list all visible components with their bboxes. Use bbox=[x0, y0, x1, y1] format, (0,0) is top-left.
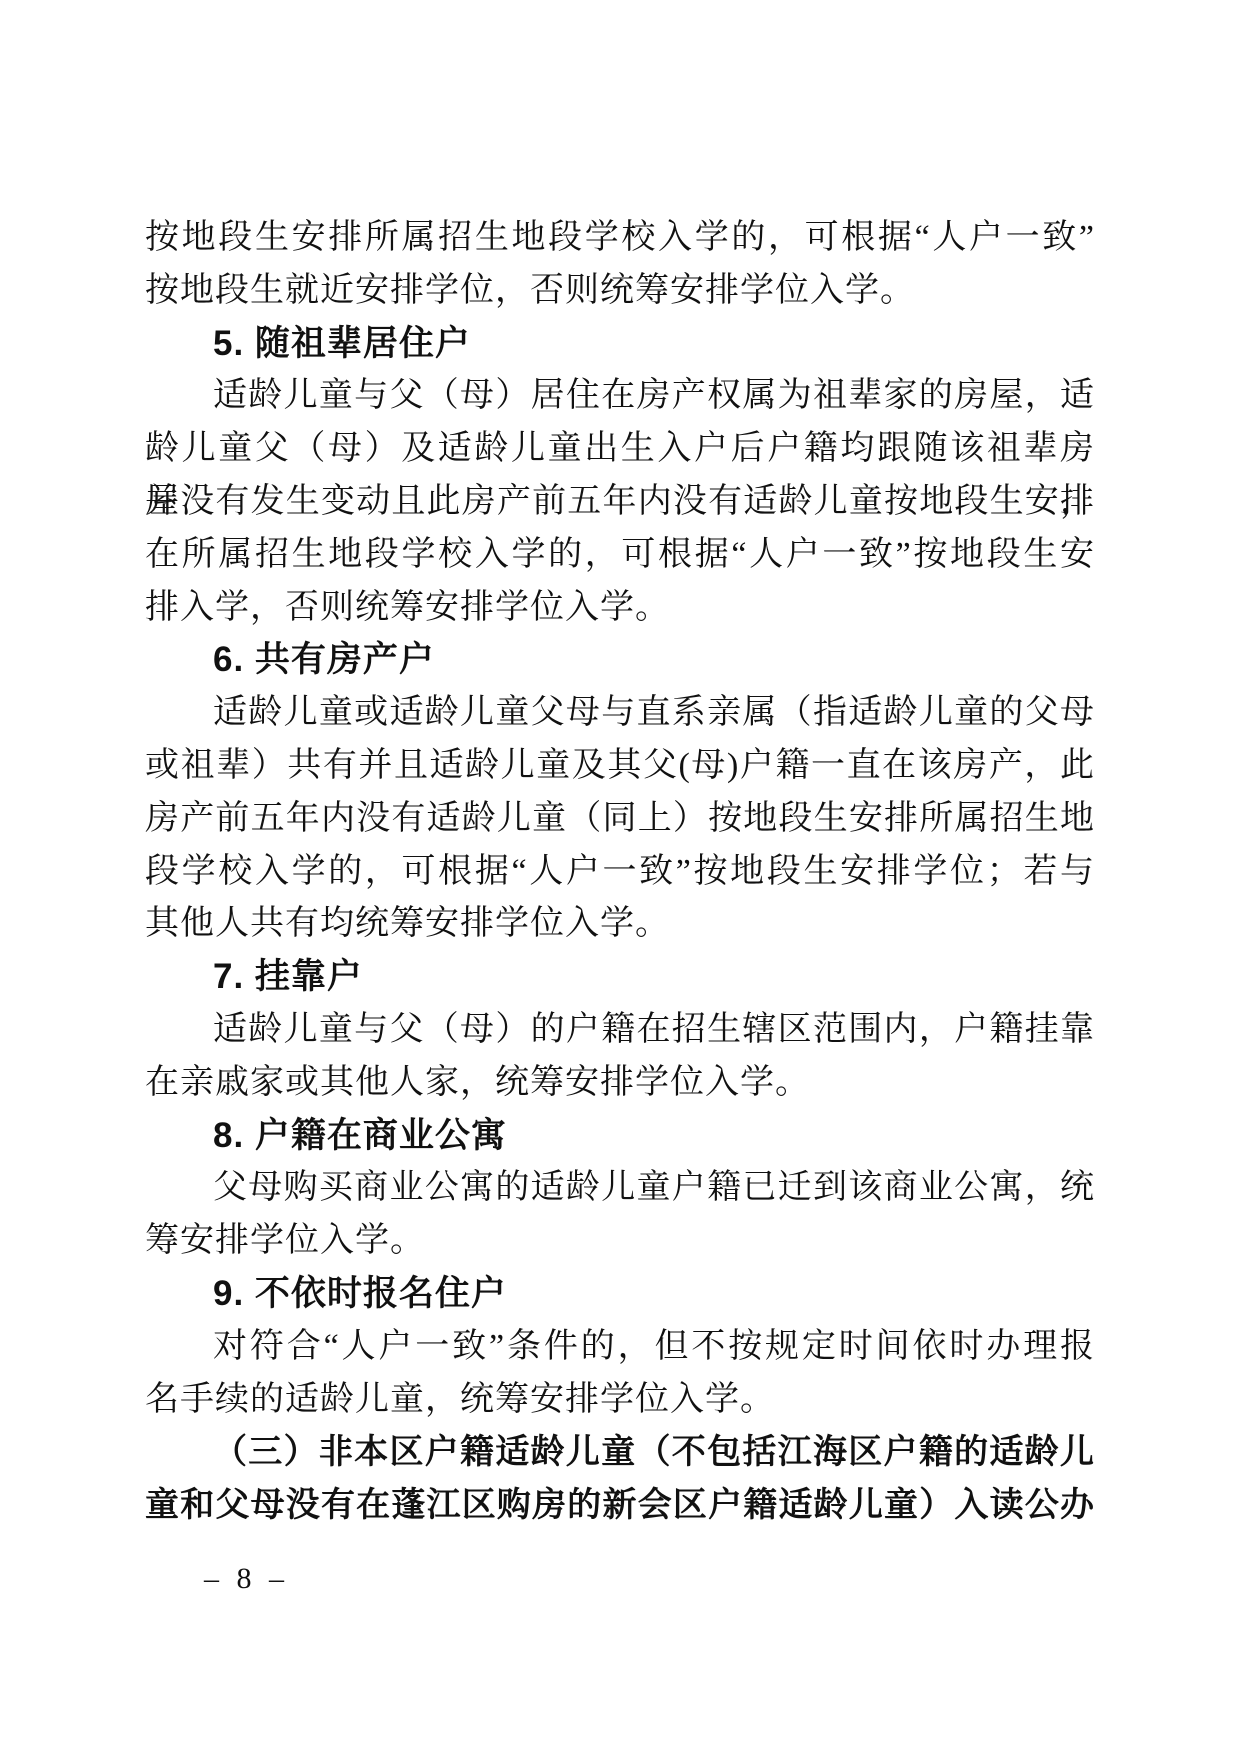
heading-line: 7. 挂靠户 bbox=[145, 951, 1095, 1004]
text-line: 在亲戚家或其他人家，统筹安排学位入学。 bbox=[145, 1057, 1095, 1110]
text-line: 对符合“人户一致”条件的，但不按规定时间依时办理报 bbox=[145, 1321, 1095, 1374]
text-line: 排入学，否则统筹安排学位入学。 bbox=[145, 582, 1095, 635]
text-line: 房产前五年内没有适龄儿童（同上）按地段生安排所属招生地 bbox=[145, 793, 1095, 846]
heading-line: 8. 户籍在商业公寓 bbox=[145, 1110, 1095, 1163]
text-line: 童和父母没有在蓬江区购房的新会区户籍适龄儿童）入读公办 bbox=[145, 1479, 1095, 1532]
text-line: 适龄儿童与父（母）居住在房产权属为祖辈家的房屋，适 bbox=[145, 370, 1095, 423]
document-text-block: 按地段生安排所属招生地段学校入学的，可根据“人户一致”按地段生就近安排学位，否则… bbox=[145, 212, 1095, 1532]
text-line: 适龄儿童或适龄儿童父母与直系亲属（指适龄儿童的父母 bbox=[145, 687, 1095, 740]
heading-line: 9. 不依时报名住户 bbox=[145, 1268, 1095, 1321]
text-line: 并没有发生变动且此房产前五年内没有适龄儿童按地段生安排 bbox=[145, 476, 1095, 529]
document-page: 按地段生安排所属招生地段学校入学的，可根据“人户一致”按地段生就近安排学位，否则… bbox=[0, 0, 1240, 1754]
text-line: 其他人共有均统筹安排学位入学。 bbox=[145, 898, 1095, 951]
text-line: 名手续的适龄儿童，统筹安排学位入学。 bbox=[145, 1374, 1095, 1427]
text-line: 龄儿童父（母）及适龄儿童出生入户后户籍均跟随该祖辈房屋， bbox=[145, 423, 1095, 476]
page-number: – 8 – bbox=[204, 1562, 289, 1596]
text-line: 按地段生就近安排学位，否则统筹安排学位入学。 bbox=[145, 265, 1095, 318]
text-line: 按地段生安排所属招生地段学校入学的，可根据“人户一致” bbox=[145, 212, 1095, 265]
heading-line: 6. 共有房产户 bbox=[145, 634, 1095, 687]
text-line: 或祖辈）共有并且适龄儿童及其父(母)户籍一直在该房产，此 bbox=[145, 740, 1095, 793]
text-line: 在所属招生地段学校入学的，可根据“人户一致”按地段生安 bbox=[145, 529, 1095, 582]
text-line: （三）非本区户籍适龄儿童（不包括江海区户籍的适龄儿 bbox=[145, 1426, 1095, 1479]
text-line: 适龄儿童与父（母）的户籍在招生辖区范围内，户籍挂靠 bbox=[145, 1004, 1095, 1057]
text-line: 段学校入学的，可根据“人户一致”按地段生安排学位；若与 bbox=[145, 846, 1095, 899]
heading-line: 5. 随祖辈居住户 bbox=[145, 318, 1095, 371]
text-line: 筹安排学位入学。 bbox=[145, 1215, 1095, 1268]
text-line: 父母购买商业公寓的适龄儿童户籍已迁到该商业公寓，统 bbox=[145, 1162, 1095, 1215]
